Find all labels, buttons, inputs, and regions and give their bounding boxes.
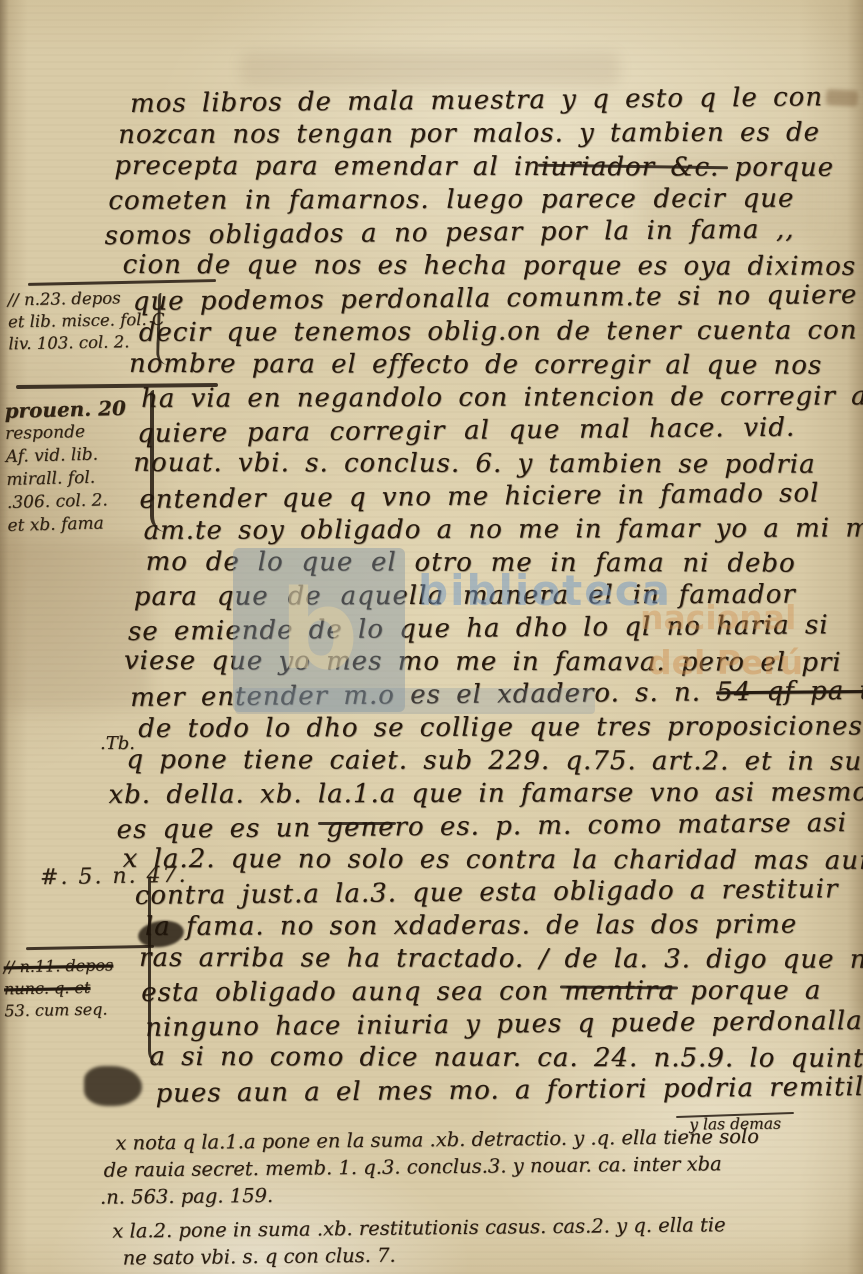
- margin-note-line: 53. cum seq.: [4, 998, 156, 1023]
- bleedthrough-smudge: [240, 52, 620, 86]
- text-line: nouat. vbi. s. conclus. 6. y tambien se …: [133, 447, 795, 482]
- margin-note-line: nunc. q. et: [4, 976, 156, 1001]
- text-line: somos obligados a no pesar por la in fam…: [104, 214, 794, 254]
- text-line: cometen in famarnos. luego parece decir …: [108, 183, 794, 218]
- text-line: se emiende de lo que ha dho lo ql no har…: [128, 610, 796, 649]
- margin-note-citation-3: #. 5. n. 47.: [40, 863, 188, 891]
- text-segment: mer entender m.o es el xdadero. s. n.: [130, 678, 701, 713]
- text-line: xb. della. xb. la.1.a que in famarse vno…: [108, 777, 796, 812]
- text-line: contra just.a la.3. que esta obligado a …: [135, 874, 797, 913]
- text-line: que podemos perdonalla comunm.te si no q…: [133, 280, 795, 319]
- text-line: la fama. no son xdaderas. de las dos pri…: [145, 909, 797, 944]
- text-line: cion de que nos es hecha porque es oya d…: [123, 249, 795, 284]
- text-line: para que de aquella manera el in famador: [134, 579, 796, 614]
- text-line: mo de lo que el otro me in fama ni debo: [146, 546, 796, 581]
- text-line: q pone tiene caiet. sub 229. q.75. art.2…: [126, 744, 796, 779]
- underline-mark: [318, 822, 396, 825]
- text-line: am.te soy obligado a no me in famar yo a…: [143, 513, 795, 548]
- margin-note-citation-4: // n.11. depos nunc. q. et 53. cum seq.: [3, 954, 156, 1023]
- text-line: ras arriba se ha tractado. / de la. 3. d…: [139, 942, 797, 977]
- corner-smudge: [826, 89, 859, 107]
- text-line: viese que yo mes mo me in famava. pero e…: [124, 645, 796, 680]
- text-line: decir que tenemos oblig.on de tener cuen…: [139, 315, 795, 350]
- margin-bracket: [156, 293, 172, 365]
- margin-note-line: et lib. misce. fol. C: [8, 309, 164, 334]
- text-line: pues aun a el mes mo. a fortiori podria …: [155, 1072, 797, 1111]
- text-line: mos libros de mala muestra y q esto q le…: [130, 82, 794, 121]
- text-line: a si no como dice nauar. ca. 24. n.5.9. …: [149, 1041, 797, 1076]
- text-line: nozcan nos tengan por malos. y tambien e…: [118, 117, 794, 152]
- text-line: es que es un genero es. p. m. como matar…: [116, 808, 796, 848]
- ink-blot: [84, 1066, 142, 1106]
- margin-note-citation-1: // n.23. depos et lib. misce. fol. C liv…: [7, 287, 164, 356]
- text-line: mer entender m.o es el xdadero. s. n. 54…: [130, 676, 796, 715]
- text-line: ha via en negandolo con intencion de cor…: [141, 381, 795, 416]
- main-text-block: mos libros de mala muestra y q esto q le…: [116, 84, 798, 1109]
- margin-note-mark: .Tb.: [100, 733, 135, 754]
- footnotes-block: y las demas x nota q la.1.a pone en la s…: [101, 1122, 814, 1271]
- margin-note-line: liv. 103. col. 2.: [8, 331, 164, 356]
- margin-bracket: [148, 876, 163, 1066]
- margin-note-citation-2: prouen. 20 responde Af. vid. lib. mirall…: [4, 396, 160, 538]
- text-line: ninguno hace iniuria y pues q puede perd…: [145, 1006, 797, 1045]
- margin-note-line: // n.11. depos: [3, 954, 155, 979]
- text-line: x la.2. que no solo es contra la charida…: [123, 843, 797, 878]
- manuscript-page: mos libros de mala muestra y q esto q le…: [0, 0, 863, 1274]
- text-line: esta obligado aunq sea con mentira porqu…: [141, 975, 797, 1010]
- interlinear-insert: y las demas: [689, 1111, 781, 1139]
- text-line: entender que q vno me hiciere in famado …: [139, 478, 795, 517]
- text-line: de todo lo dho se collige que tres propo…: [138, 711, 796, 746]
- text-line: nombre para el effecto de corregir al qu…: [129, 348, 795, 383]
- margin-bracket: [150, 390, 166, 532]
- margin-note-line: // n.23. depos: [7, 287, 163, 312]
- margin-note-line: et xb. fama: [7, 511, 160, 538]
- text-line: quiere para corregir al que mal hace. vi…: [137, 412, 795, 451]
- struck-text: 54 qf pa tirolo.: [716, 675, 863, 707]
